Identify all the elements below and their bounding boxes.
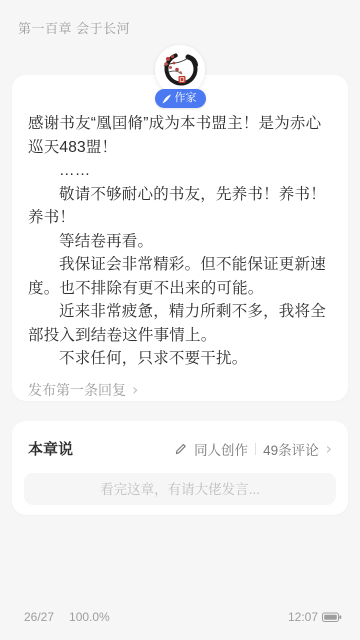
chapter-comments-header: 本章说 同人创作 49条评论 › (24, 421, 336, 473)
chapter-comments-title: 本章说 (28, 438, 73, 459)
chevron-right-icon: › (132, 382, 138, 398)
clock-time: 12:07 (288, 610, 318, 624)
edit-pen-icon (174, 442, 187, 455)
author-note-text: 感谢书友“凰囯脩”成为本书盟主！是为赤心巡天483盟！ …… 敬请不够耐心的书友… (28, 112, 332, 371)
note-paragraph: 等结卷再看。 (28, 230, 332, 254)
note-paragraph: 感谢书友“凰囯脩”成为本书盟主！是为赤心巡天483盟！ (28, 112, 332, 159)
status-left: 26/27 100.0% (24, 610, 110, 624)
author-avatar[interactable] (155, 45, 205, 95)
note-paragraph: 敬请不够耐心的书友，先养书！养书！养书！ (28, 183, 332, 230)
fan-creation-link[interactable]: 同人创作 (194, 439, 248, 459)
page-progress: 26/27 (24, 610, 54, 624)
chevron-right-icon: › (326, 441, 332, 457)
ink-circle-avatar-icon (155, 45, 205, 95)
author-badge-label: 作家 (175, 93, 197, 104)
chapter-title: 第一百章 会于长河 (18, 18, 130, 37)
reader-status-bar: 26/27 100.0% 12:07 (0, 606, 360, 628)
progress-percent: 100.0% (69, 610, 110, 624)
note-paragraph: 我保证会非常精彩。但不能保证更新速度。也不排除有更不出来的可能。 (28, 253, 332, 300)
post-first-reply-label: 发布第一条回复 (28, 380, 126, 400)
author-badge: 作家 (155, 89, 206, 108)
status-right: 12:07 (288, 610, 342, 624)
reader-screen: 第一百章 会于长河 (0, 0, 360, 640)
chapter-comments-links: 同人创作 49条评论 › (174, 439, 332, 459)
chapter-comments-card: 本章说 同人创作 49条评论 › (12, 421, 348, 515)
note-paragraph: …… (28, 159, 332, 183)
author-avatar-stack: 作家 (0, 45, 360, 108)
note-paragraph: 近来非常疲惫，精力所剩不多，我将全部投入到结卷这件事情上。 (28, 300, 332, 347)
vertical-divider (255, 443, 256, 455)
battery-icon (322, 612, 342, 623)
post-first-reply-link[interactable]: 发布第一条回复 › (28, 380, 332, 400)
comment-input[interactable] (24, 473, 336, 505)
quill-icon (162, 94, 172, 104)
note-paragraph: 不求任何，只求不要干扰。 (28, 347, 332, 371)
comments-count-link[interactable]: 49条评论 (263, 439, 319, 459)
author-note-card: 感谢书友“凰囯脩”成为本书盟主！是为赤心巡天483盟！ …… 敬请不够耐心的书友… (12, 75, 348, 401)
